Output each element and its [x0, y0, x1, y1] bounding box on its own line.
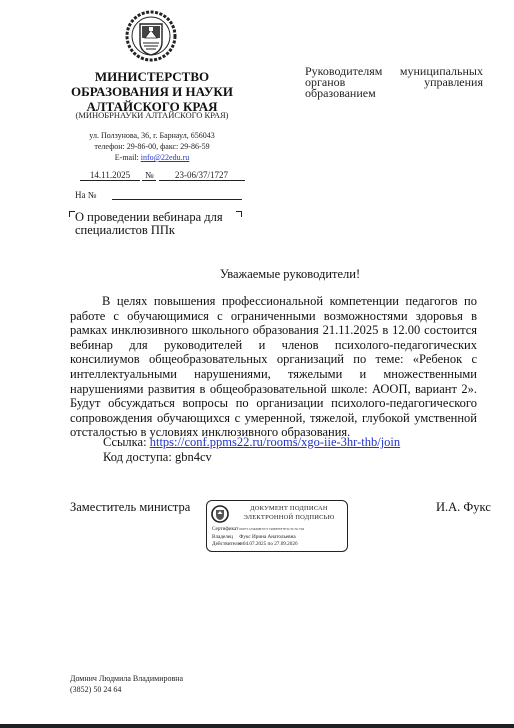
ministry-line-1: МИНИСТЕРСТВО [62, 69, 242, 84]
cert-value: 00075123460B7071746EEEF7E5C5C3C794 [239, 527, 304, 531]
letter-body: В целях повышения профессиональной компе… [70, 294, 477, 440]
reply-reference-label: На № [75, 190, 96, 200]
valid-value: с 04.07.2025 по 27.09.2026 [239, 541, 297, 547]
phone-fax: телефон: 29-86-00, факс: 29-86-59 [62, 141, 242, 152]
webinar-link-row: Ссылка: https://conf.ppms22.ru/rooms/xgo… [103, 435, 400, 450]
signatory-name: И.А. Фукс [436, 500, 491, 515]
email-row: E-mail: info@22edu.ru [62, 152, 242, 163]
access-code-label: Код доступа: [103, 450, 175, 464]
reply-reference-blank [112, 199, 242, 200]
access-code: gbn4cv [175, 450, 212, 464]
registration-date: 14.11.2025 [80, 170, 140, 181]
stamp-heading-line1: ДОКУМЕНТ ПОДПИСАН [233, 504, 345, 513]
registration-number: 23-06/37/1727 [159, 170, 245, 181]
reply-reference: На № [75, 190, 242, 200]
bottom-edge-bar [0, 724, 514, 728]
ministry-line-2: ОБРАЗОВАНИЯ И НАУКИ [62, 84, 242, 99]
registration-line: 14.11.2025 № 23-06/37/1727 [80, 170, 245, 181]
addressee-line3: образованием [305, 88, 483, 99]
greeting: Уважаемые руководители! [0, 267, 514, 282]
executor-info: Домнич Людмила Владимировна (3852) 50 24… [70, 673, 183, 695]
access-code-row: Код доступа: gbn4cv [103, 450, 212, 465]
link-label: Ссылка: [103, 435, 150, 449]
cert-label: Сертификат [212, 526, 238, 534]
ministry-name: МИНИСТЕРСТВО ОБРАЗОВАНИЯ И НАУКИ АЛТАЙСК… [62, 69, 242, 114]
valid-label: Действителен [212, 541, 238, 549]
letter-subject: О проведении вебинара для специалистов П… [75, 211, 245, 237]
webinar-link[interactable]: https://conf.ppms22.ru/rooms/xgo-iie-3hr… [150, 435, 400, 449]
coat-of-arms-icon [125, 10, 177, 62]
ministry-contacts: ул. Ползунова, 36, г. Барнаул, 656043 те… [62, 130, 242, 163]
executor-name: Домнич Людмила Владимировна [70, 673, 183, 684]
stamp-heading-line2: ЭЛЕКТРОННОЙ ПОДПИСЬЮ [233, 513, 345, 522]
executor-phone: (3852) 50 24 64 [70, 684, 183, 695]
owner-label: Владелец [212, 534, 238, 542]
stamp-heading: ДОКУМЕНТ ПОДПИСАН ЭЛЕКТРОННОЙ ПОДПИСЬЮ [233, 504, 345, 522]
ministry-short-name: (МИНОБРНАУКИ АЛТАЙСКОГО КРАЯ) [62, 110, 242, 120]
addressee: Руководителям муниципальных органов упра… [305, 66, 483, 99]
registration-number-label: № [142, 170, 156, 181]
addressee-line2-right: управления [424, 77, 483, 88]
email-label: E-mail: [115, 153, 141, 162]
stamp-details: Сертификат 00075123460B7071746EEEF7E5C5C… [212, 526, 304, 549]
owner-value: Фукс Ирина Анатольевна [239, 534, 295, 540]
electronic-signature-stamp: ДОКУМЕНТ ПОДПИСАН ЭЛЕКТРОННОЙ ПОДПИСЬЮ С… [206, 500, 348, 552]
address: ул. Ползунова, 36, г. Барнаул, 656043 [62, 130, 242, 141]
seal-icon [211, 505, 229, 523]
signatory-position: Заместитель министра [70, 500, 190, 515]
email-link[interactable]: info@22edu.ru [141, 153, 189, 162]
body-paragraph: В целях повышения профессиональной компе… [70, 294, 477, 439]
